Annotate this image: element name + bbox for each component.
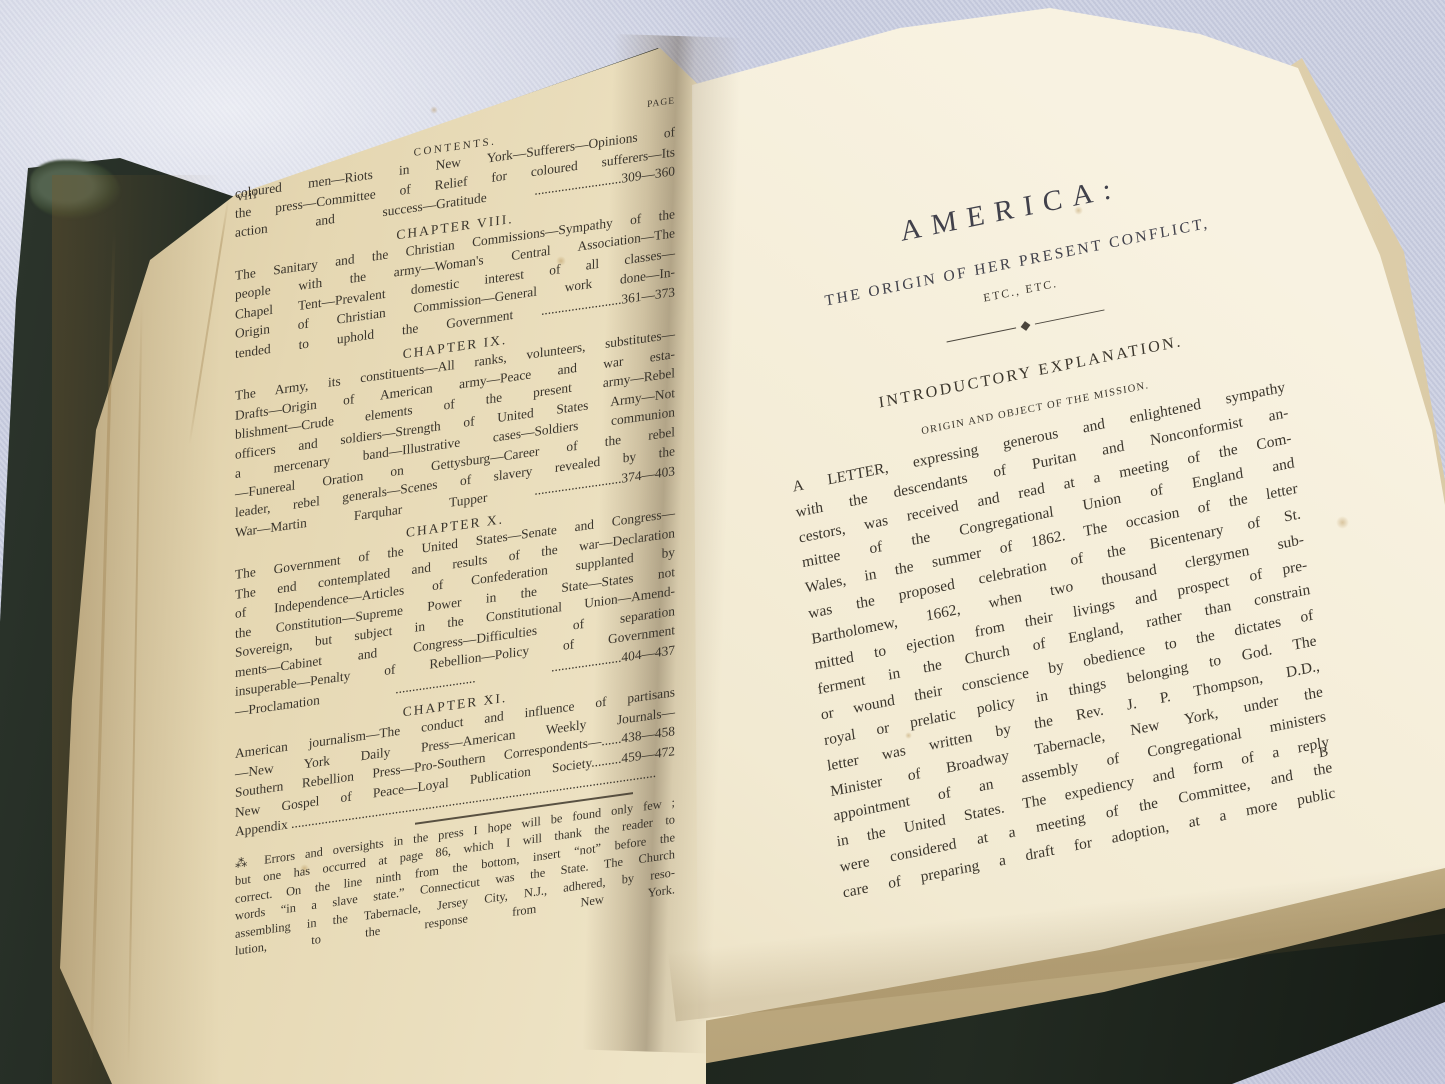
contents-page-text: viii CONTENTS. PAGE coloured men—Riots i…	[235, 98, 675, 960]
left-page-edge-shadow	[52, 175, 257, 1084]
folio-page-number: viii	[237, 187, 258, 205]
ornament-diamond-icon	[1020, 321, 1030, 331]
foxing-spot	[1336, 516, 1349, 529]
foxing-spot	[430, 106, 438, 114]
printer-signature-mark: B	[1318, 745, 1329, 763]
chapter-opening-page-text: AMERICA: THE ORIGIN OF HER PRESENT CONFL…	[762, 140, 1337, 906]
ornament-bar	[1034, 309, 1104, 325]
ornament-bar	[946, 327, 1016, 343]
